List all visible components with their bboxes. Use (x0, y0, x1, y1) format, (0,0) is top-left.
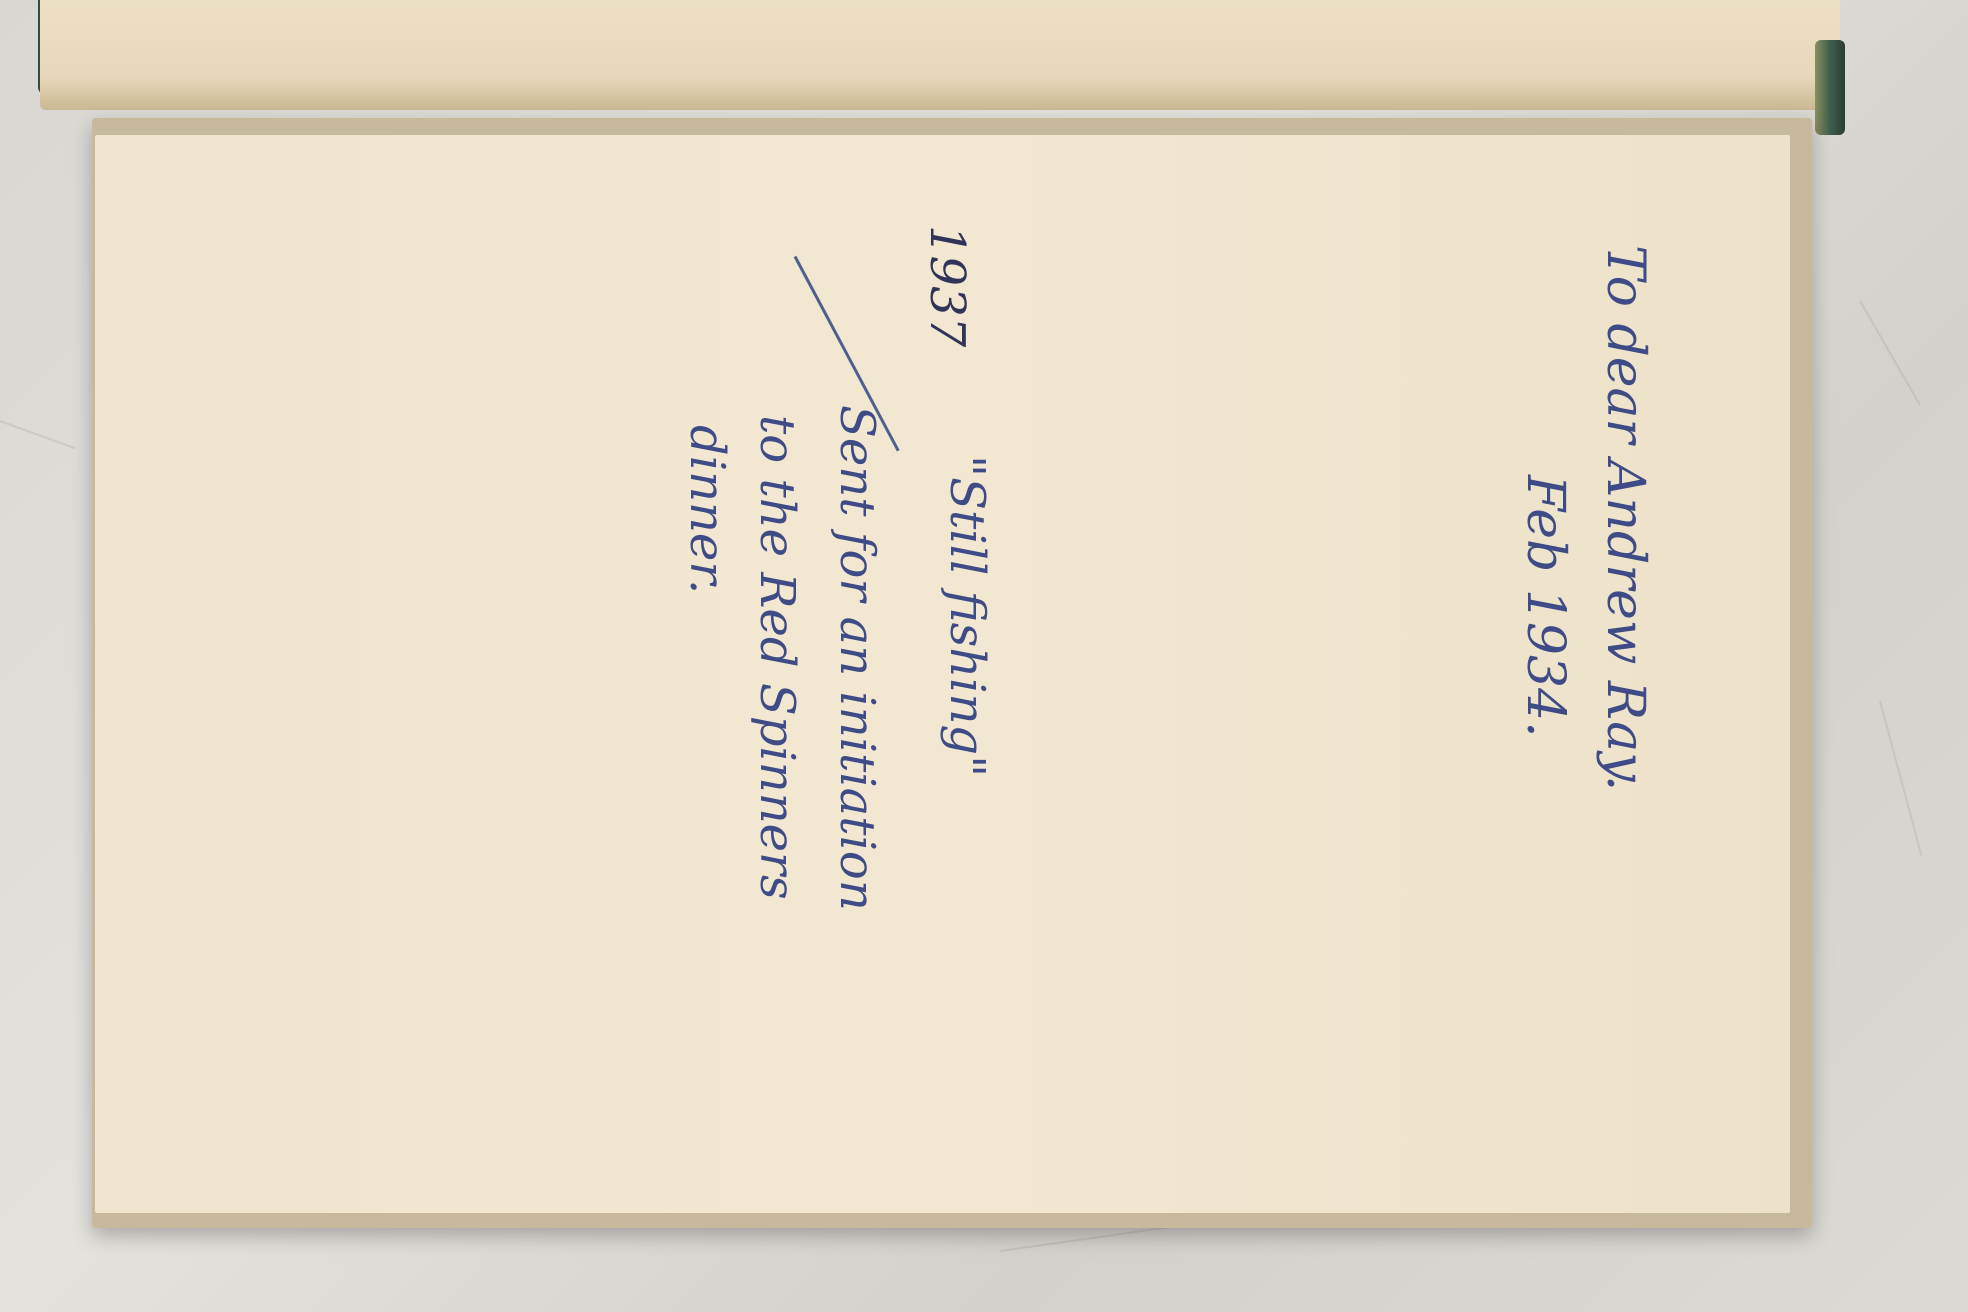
note-line-2: to the Red Spinners (749, 415, 805, 900)
year-note: 1937 (919, 225, 975, 347)
note-line-1: Sent for an initiation (829, 405, 885, 911)
facing-page (40, 0, 1840, 110)
date-line: Feb 1934. (1515, 475, 1575, 738)
quote-line: "Still fishing" (939, 455, 995, 777)
dedication-line: To dear Andrew Ray. (1595, 245, 1655, 791)
marble-vein (1859, 301, 1921, 406)
marble-vein (0, 420, 76, 449)
marble-vein (1879, 701, 1922, 856)
book-cover-edge (1815, 40, 1845, 135)
flyleaf-page: To dear Andrew Ray. Feb 1934. 1937 "Stil… (95, 135, 1790, 1213)
note-line-3: dinner. (679, 425, 735, 594)
